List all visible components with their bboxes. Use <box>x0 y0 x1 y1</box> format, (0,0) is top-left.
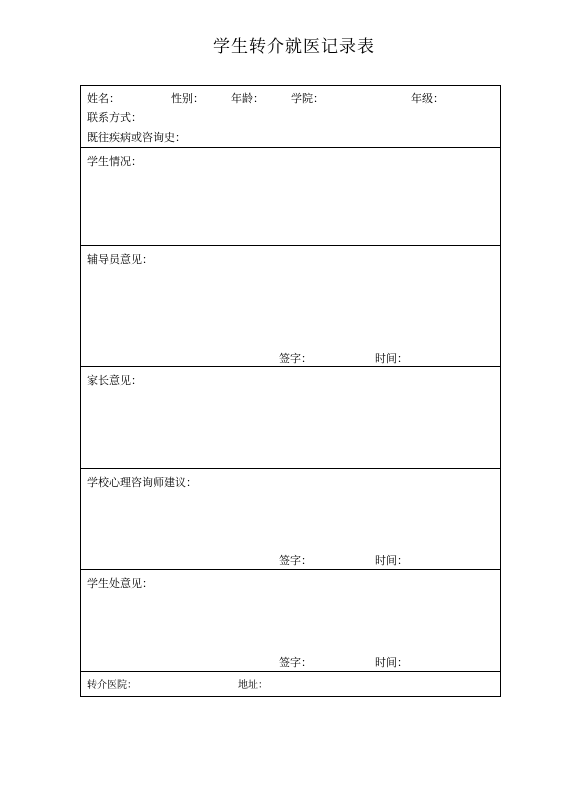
sign-label: 签字： <box>279 656 312 669</box>
parent-label: 家长意见： <box>87 374 142 387</box>
page-title: 学生转介就医记录表 <box>0 32 588 57</box>
gender-label: 性别： <box>171 92 204 105</box>
time-label: 时间： <box>375 656 408 669</box>
grade-label: 年级： <box>411 92 444 105</box>
student-affairs-row: 学生处意见： 签字： 时间： <box>81 569 500 671</box>
psychologist-label: 学校心理咨询师建议： <box>87 476 197 489</box>
psychologist-row: 学校心理咨询师建议： 签字： 时间： <box>81 468 500 569</box>
referral-form-table: 姓名： 性别： 年龄： 学院： 年级： 联系方式： 既往疾病或咨询史： 学生情况… <box>80 85 501 697</box>
counselor-label: 辅导员意见： <box>87 253 153 266</box>
name-label: 姓名： <box>87 92 120 105</box>
sign-label: 签字： <box>279 554 312 567</box>
counselor-row: 辅导员意见： 签字： 时间： <box>81 245 500 366</box>
history-label: 既往疾病或咨询史： <box>87 131 186 144</box>
student-affairs-label: 学生处意见： <box>87 577 153 590</box>
age-label: 年龄： <box>231 92 264 105</box>
time-label: 时间： <box>375 554 408 567</box>
student-situation-row: 学生情况： <box>81 147 500 245</box>
hospital-label: 转介医院： <box>87 679 137 692</box>
parent-row: 家长意见： <box>81 366 500 468</box>
college-label: 学院： <box>291 92 324 105</box>
time-label: 时间： <box>375 352 408 365</box>
footer-row: 转介医院： 地址： <box>81 671 500 696</box>
sign-label: 签字： <box>279 352 312 365</box>
basic-info-row: 姓名： 性别： 年龄： 学院： 年级： 联系方式： 既往疾病或咨询史： <box>81 86 500 147</box>
address-label: 地址： <box>238 679 268 692</box>
student-situation-label: 学生情况： <box>87 155 142 168</box>
contact-label: 联系方式： <box>87 111 142 124</box>
